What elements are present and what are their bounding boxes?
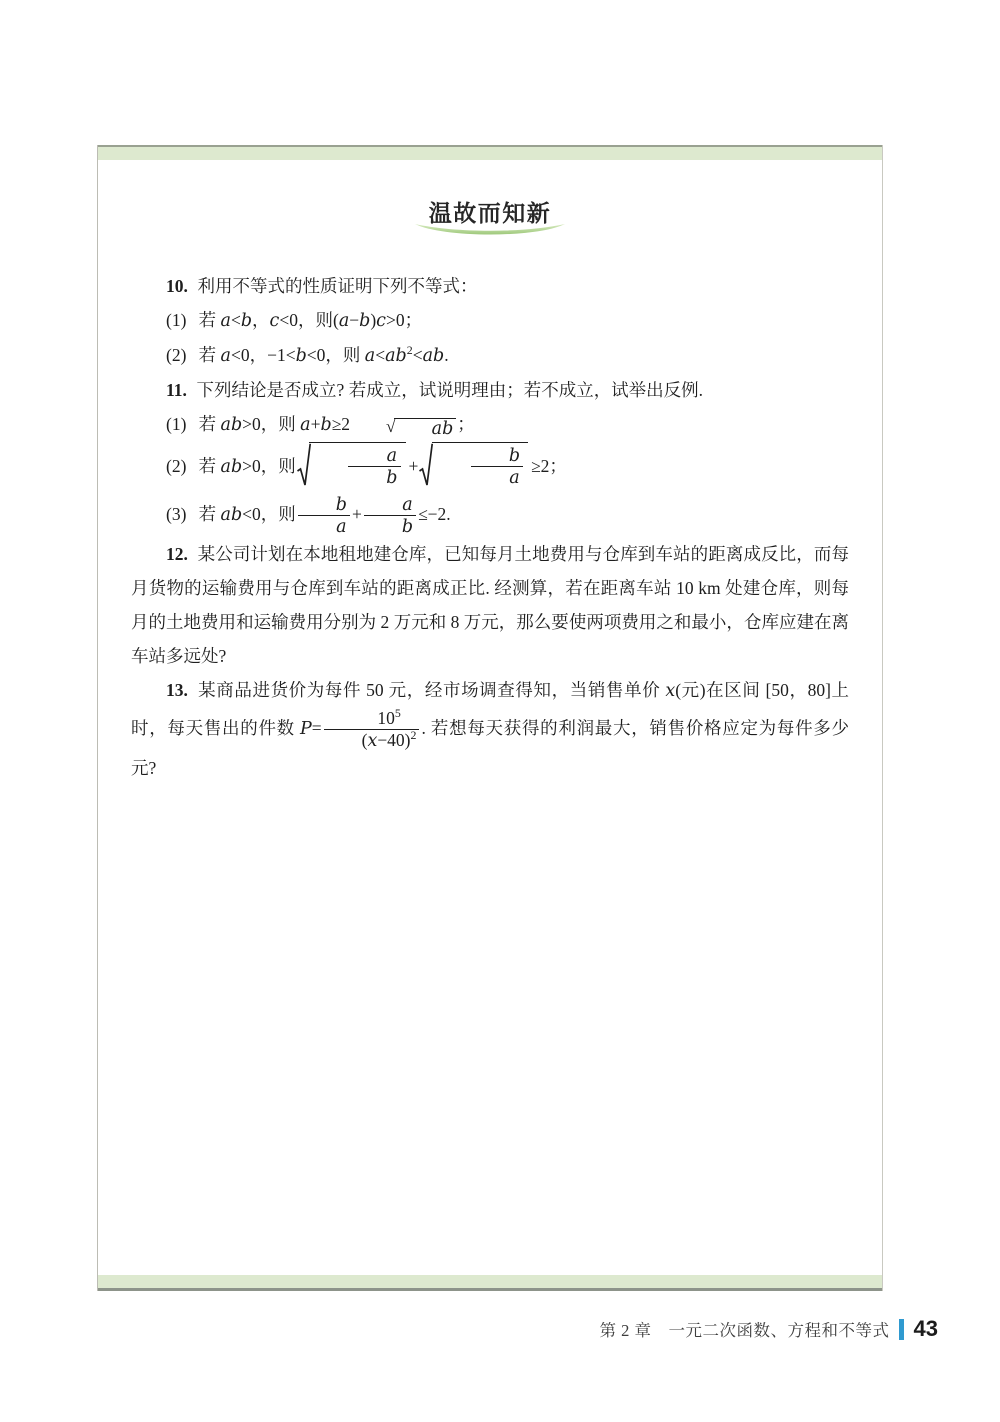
problem-13-text: 某商品进货价为每件 50 元，经市场调查得知，当销售单价 x(元)在区间 [50… (131, 680, 849, 777)
problem-13-number: 13. (166, 680, 188, 700)
textbook-page: 温故而知新 10.利用不等式的性质证明下列不等式： (1)若 a<b，c<0，则… (97, 145, 883, 1291)
page-number: 43 (914, 1316, 938, 1341)
item-math: 若 ab<0，则ba+ab≤−2. (199, 504, 451, 524)
item-label: (2) (166, 345, 186, 365)
problem-12-text: 某公司计划在本地租地建仓库，已知每月土地费用与仓库到车站的距离成反比，而每月货物… (131, 544, 849, 666)
problem-13: 13.某商品进货价为每件 50 元，经市场调查得知，当销售单价 x(元)在区间 … (131, 673, 849, 784)
item-label: (2) (166, 456, 186, 476)
problem-11-item-3: (3)若 ab<0，则ba+ab≤−2. (131, 494, 849, 537)
problem-10-item-2: (2)若 a<0，−1<b<0，则 a<ab2<ab. (131, 338, 849, 373)
top-green-band (98, 145, 882, 160)
problem-12: 12.某公司计划在本地租地建仓库，已知每月土地费用与仓库到车站的距离成反比，而每… (131, 537, 849, 673)
problem-11-item-1: (1)若 ab>0，则 a+b≥2√ab； (131, 407, 849, 442)
problem-10-item-1: (1)若 a<b，c<0，则(a−b)c>0； (131, 303, 849, 338)
item-label: (3) (166, 504, 186, 524)
problem-12-number: 12. (166, 544, 188, 564)
item-math: 若 ab>0，则ab+ba≥2； (199, 456, 567, 476)
exercise-content: 10.利用不等式的性质证明下列不等式： (1)若 a<b，c<0，则(a−b)c… (98, 269, 882, 785)
footer-divider-bar (899, 1319, 904, 1340)
page-footer: 第 2 章 一元二次函数、方程和不等式43 (0, 1316, 938, 1342)
problem-11-stem-text: 下列结论是否成立? 若成立，试说明理由；若不成立，试举出反例. (197, 380, 704, 400)
problem-10-stem: 10.利用不等式的性质证明下列不等式： (131, 269, 849, 303)
item-math: 若 ab>0，则 a+b≥2√ab； (199, 414, 475, 434)
problem-11-number: 11. (166, 380, 187, 400)
section-title: 温故而知新 (429, 195, 552, 228)
problem-10-number: 10. (166, 276, 188, 296)
chapter-label: 第 2 章 一元二次函数、方程和不等式 (600, 1321, 890, 1340)
item-math: 若 a<0，−1<b<0，则 a<ab2<ab. (199, 345, 449, 365)
problem-11-item-2: (2)若 ab>0，则ab+ba≥2； (131, 442, 849, 494)
item-label: (1) (166, 310, 186, 330)
item-label: (1) (166, 414, 186, 434)
section-header: 温故而知新 (98, 195, 882, 239)
item-math: 若 a<b，c<0，则(a−b)c>0； (199, 310, 422, 330)
problem-10-stem-text: 利用不等式的性质证明下列不等式： (198, 276, 478, 296)
problem-11-stem: 11.下列结论是否成立? 若成立，试说明理由；若不成立，试举出反例. (131, 373, 849, 407)
bottom-green-band (98, 1275, 882, 1291)
